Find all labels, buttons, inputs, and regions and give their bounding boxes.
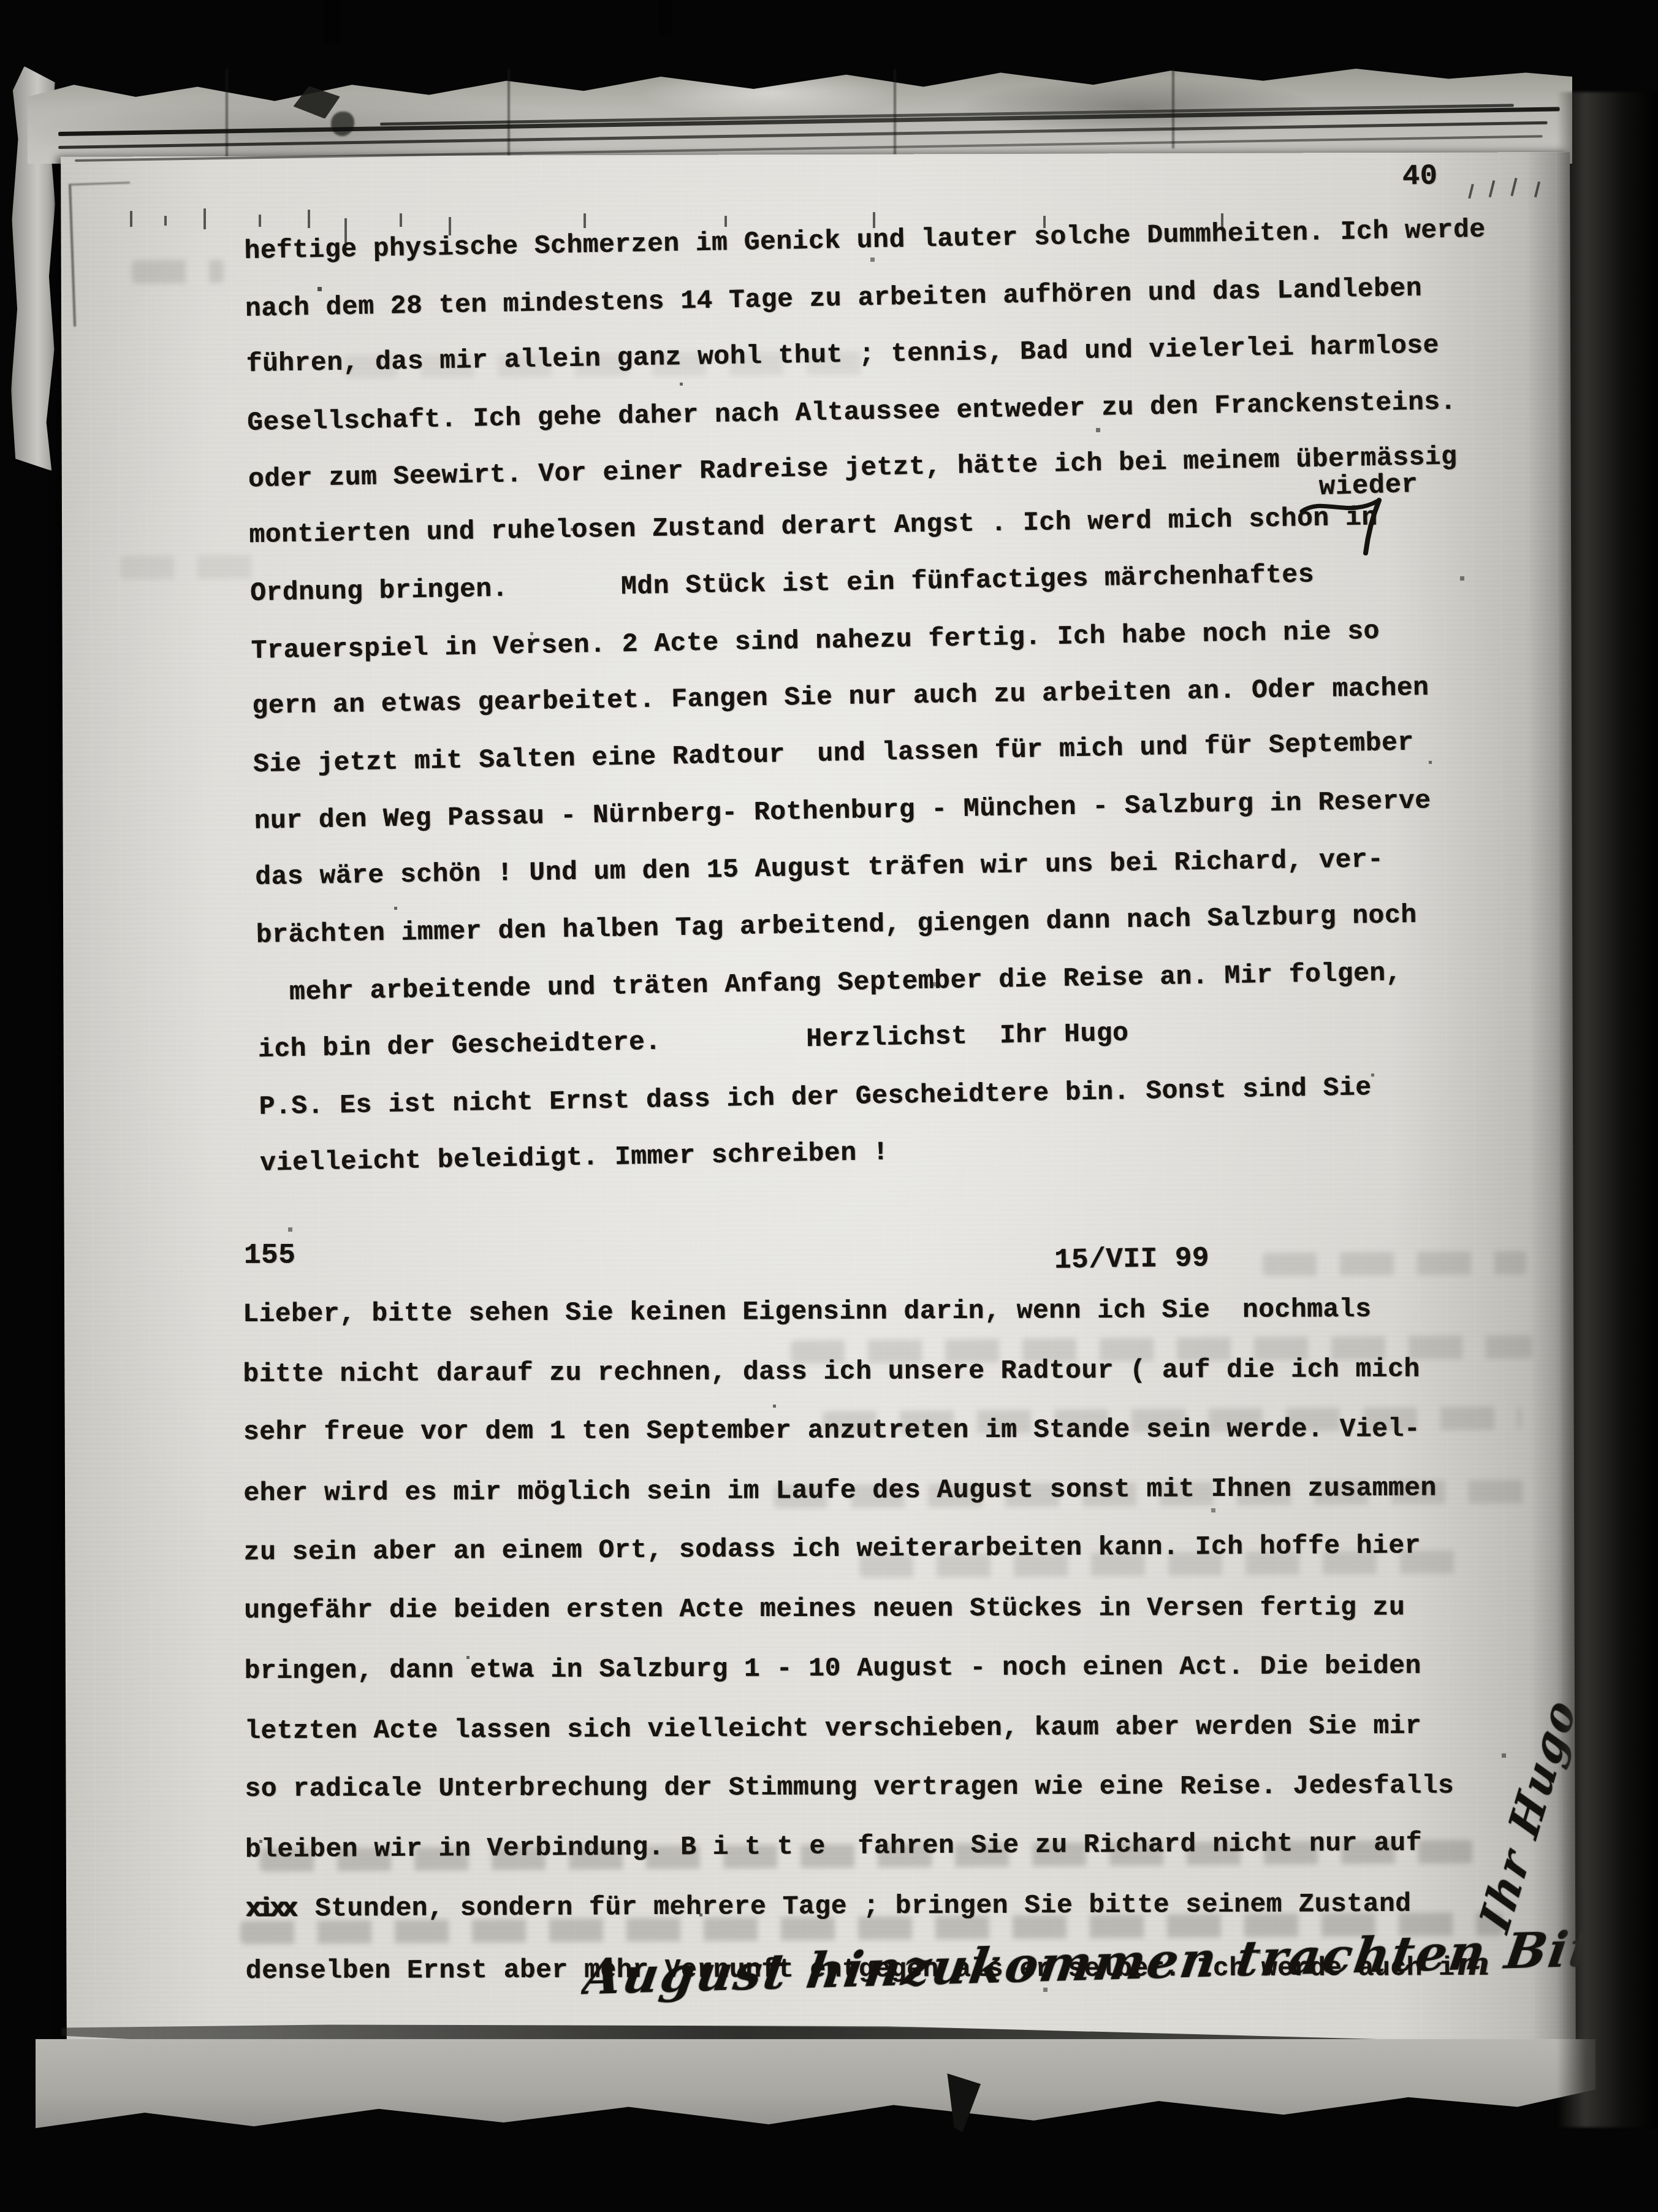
letter-number: 155 <box>244 1240 295 1272</box>
insertion-caret-mark <box>1298 489 1409 563</box>
typed-line: ungefähr die beiden ersten Acte meines n… <box>244 1592 1488 1654</box>
typed-line: bleiben wir in Verbindung. B i t t e fah… <box>245 1827 1489 1894</box>
letter-date: 15/VII 99 <box>1054 1242 1210 1276</box>
scanned-letter-page: 40 heftige physische Schmerzen im Genick… <box>0 0 1658 2212</box>
margin-tick <box>724 216 727 227</box>
typed-line: sehr freue vor dem 1 ten September anzut… <box>243 1413 1488 1476</box>
typed-line: so radicale Unterbrechung der Stimmung v… <box>245 1770 1489 1833</box>
margin-tick <box>308 210 310 228</box>
typed-text: Stunden, sondern für mehrere Tage ; brin… <box>299 1889 1411 1924</box>
struck-out-word: xixx <box>245 1894 294 1924</box>
bleedthrough-smudge <box>120 555 261 579</box>
first-letter-body: heftige physische Schmerzen im Genick un… <box>244 214 1502 1205</box>
underlying-page-bottom-edge <box>36 2039 1595 2136</box>
paper-crease <box>1172 69 1174 148</box>
typed-line: zu sein aber an einem Ort, sodass ich we… <box>244 1530 1488 1596</box>
shadow-drip <box>324 0 340 43</box>
margin-tick <box>400 213 402 227</box>
bleedthrough-smudge <box>132 259 224 283</box>
underlying-page-corner <box>69 181 135 326</box>
margin-tick <box>584 213 586 228</box>
typed-line: Lieber, bitte sehen Sie keinen Eigensinn… <box>243 1293 1487 1358</box>
margin-tick <box>203 208 206 229</box>
margin-tick <box>130 211 132 227</box>
typed-line: letzten Acte lassen sich vielleicht vers… <box>245 1710 1489 1775</box>
typed-line: eher wird es mir möglich sein im Laufe d… <box>243 1472 1488 1537</box>
typed-line: bringen, dann etwa in Salzburg 1 - 10 Au… <box>245 1650 1489 1715</box>
bleedthrough-smudge <box>1263 1251 1526 1276</box>
right-edge-shadow <box>1557 92 1658 2127</box>
shadow-drip <box>660 0 671 36</box>
second-letter-body: Lieber, bitte sehen Sie keinen Eigensinn… <box>243 1293 1490 2012</box>
paper-crease <box>508 69 510 159</box>
dust-specks <box>0 0 2 2</box>
margin-tick <box>259 215 261 227</box>
margin-tick <box>164 216 167 226</box>
typed-line: bitte nicht darauf zu rechnen, dass ich … <box>243 1353 1487 1418</box>
page-number: 40 <box>1402 161 1438 194</box>
